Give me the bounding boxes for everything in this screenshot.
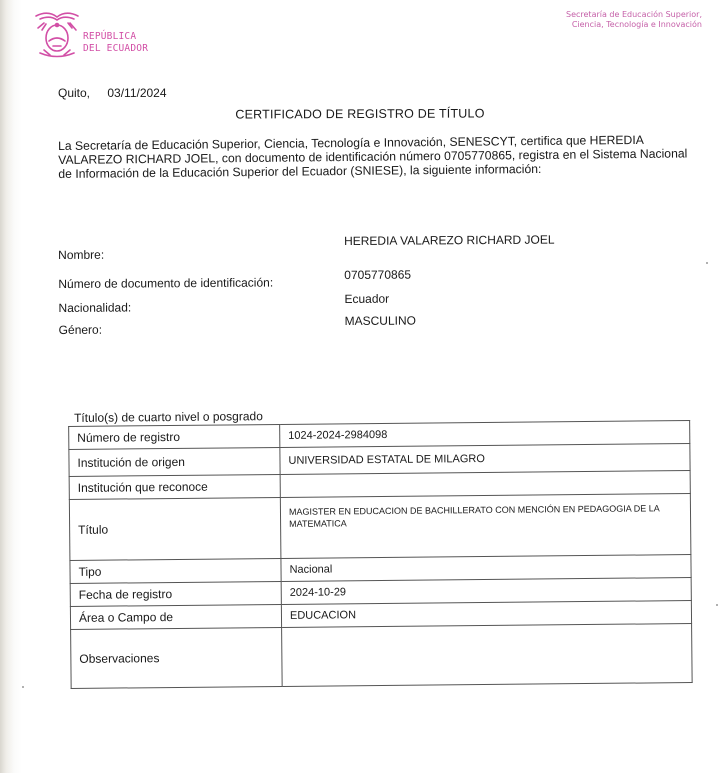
row-label: Número de registro xyxy=(69,424,280,449)
degree-table: Número de registro 1024-2024-2984098 Ins… xyxy=(68,420,692,689)
person-info: Nombre: HEREDIA VALAREZO RICHARD JOEL Nú… xyxy=(58,232,619,342)
row-label: Título xyxy=(69,497,281,560)
scan-speck xyxy=(22,686,24,688)
row-label: Tipo xyxy=(70,558,281,583)
row-value: MAGISTER EN EDUCACION DE BACHILLERATO CO… xyxy=(280,494,691,559)
senescyt-logo-text: Secretaría de Educación Superior, Cienci… xyxy=(566,10,702,30)
info-value: 0705770865 xyxy=(344,268,411,282)
logo-line-1: REPÚBLICA xyxy=(83,31,148,43)
row-label: Observaciones xyxy=(71,627,283,688)
certificate-page: REPÚBLICA DEL ECUADOR Secretaría de Educ… xyxy=(0,0,720,773)
info-label: Número de documento de identificación: xyxy=(58,275,273,290)
row-label: Institución que reconoce xyxy=(69,474,280,499)
info-label: Género: xyxy=(59,323,102,337)
issue-date: 03/11/2024 xyxy=(107,86,166,100)
info-value: Ecuador xyxy=(344,292,389,306)
degree-section: Título(s) de cuarto nivel o posgrado Núm… xyxy=(68,405,697,689)
row-value: UNIVERSIDAD ESTATAL DE MILAGRO xyxy=(280,444,690,475)
table-row: Título MAGISTER EN EDUCACION DE BACHILLE… xyxy=(69,494,691,561)
intro-paragraph: La Secretaría de Educación Superior, Cie… xyxy=(58,132,698,181)
info-value: MASCULINO xyxy=(345,314,416,328)
row-value xyxy=(282,624,693,687)
senescyt-line-2: Ciencia, Tecnología e Innovación xyxy=(566,20,702,30)
info-label: Nacionalidad: xyxy=(58,300,131,315)
row-label: Institución de origen xyxy=(69,447,280,476)
place-date: Quito, 03/11/2024 xyxy=(58,86,167,100)
row-label: Área o Campo de xyxy=(70,604,281,629)
table-row: Observaciones xyxy=(71,624,693,689)
info-label: Nombre: xyxy=(58,248,104,262)
ecuador-coat-of-arms-icon xyxy=(30,8,84,60)
logo-line-2: DEL ECUADOR xyxy=(83,43,148,55)
info-value: HEREDIA VALAREZO RICHARD JOEL xyxy=(344,233,555,248)
republica-logo: REPÚBLICA DEL ECUADOR xyxy=(30,8,160,60)
row-label: Fecha de registro xyxy=(70,581,281,606)
scan-speck xyxy=(716,604,718,606)
document-title: CERTIFICADO DE REGISTRO DE TÍTULO xyxy=(0,105,720,122)
info-row-gender: Género: MASCULINO xyxy=(59,314,619,342)
scan-speck xyxy=(706,262,708,264)
info-row-name: Nombre: HEREDIA VALAREZO RICHARD JOEL xyxy=(58,232,618,270)
senescyt-line-1: Secretaría de Educación Superior, xyxy=(566,10,702,20)
republica-logo-text: REPÚBLICA DEL ECUADOR xyxy=(83,31,148,55)
city: Quito, xyxy=(58,86,90,100)
